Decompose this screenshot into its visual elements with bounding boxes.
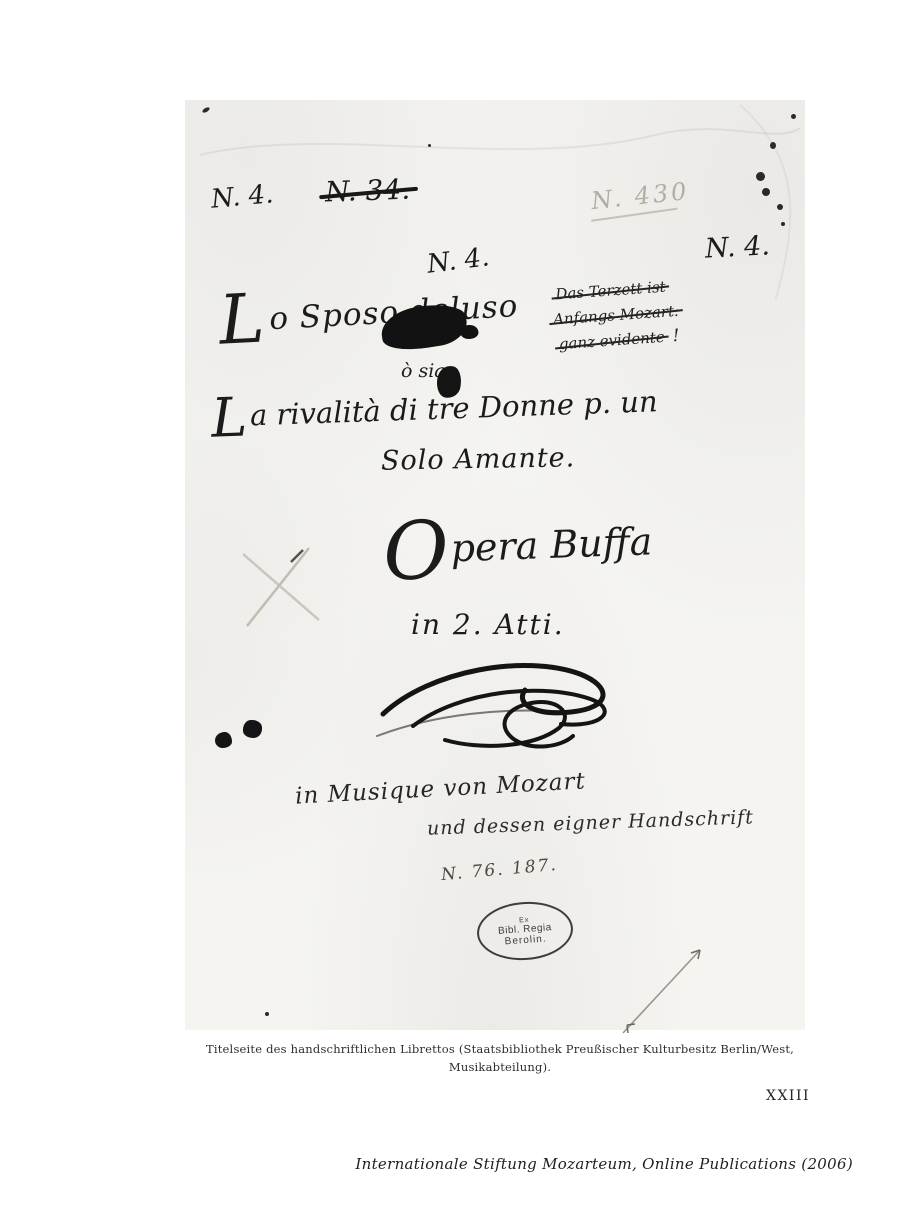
subtitle-line1: La rivalità di tre Donne p. un <box>211 384 659 434</box>
figure-caption-line1: Titelseite des handschriftlichen Librett… <box>170 1040 830 1058</box>
annotation-exclamation: ! <box>672 326 680 346</box>
scanned-manuscript-page: N. 4. N. 34. N. 430 N. 4. N. 4. Das Terz… <box>185 100 805 1030</box>
library-stamp: Ex Bibl. Regia Berolin. <box>475 899 575 964</box>
attribution-line2: und dessen eigner Handschrift <box>427 806 755 839</box>
genre-line1: Opera Buffa <box>382 519 653 572</box>
subtitle-line2: Solo Amante. <box>381 442 576 476</box>
figure-caption-line2: Musikabteilung). <box>170 1058 830 1076</box>
figure-caption: Titelseite des handschriftlichen Librett… <box>170 1040 830 1077</box>
catalog-number-top-left: N. 4. <box>210 179 275 214</box>
genre-text: pera Buffa <box>450 519 653 570</box>
catalog-number-top-right: N. 4. <box>704 230 770 264</box>
genre-initial: O <box>382 503 451 598</box>
attribution-line1: in Musique von Mozart <box>295 768 587 809</box>
ink-speck <box>770 142 776 149</box>
catalog-number-crossed-out: N. 34. <box>324 173 410 209</box>
stamp-line3: Berolin. <box>504 933 547 947</box>
calligraphic-flourish <box>375 652 625 752</box>
shelfmark-number: N. 76. 187. <box>440 855 558 885</box>
ink-speck <box>777 204 783 210</box>
ink-speck <box>428 144 431 147</box>
ink-speck <box>791 114 796 119</box>
paper-crease-top <box>185 100 805 300</box>
title-initial: L <box>217 279 267 360</box>
page-number: XXIII <box>766 1088 810 1104</box>
paper-crease-bottom-right <box>605 945 715 1040</box>
ink-speck <box>781 222 785 226</box>
ink-speck <box>265 1012 269 1016</box>
genre-line2: in 2. Atti. <box>411 608 565 641</box>
subtitle-text: a rivalità di tre Donne p. un <box>249 384 658 432</box>
footer-publication-line: Internationale Stiftung Mozarteum, Onlin… <box>355 1155 853 1173</box>
ink-dot <box>215 732 232 748</box>
crossed-out-annotation: Das Terzett ist Anfangs Mozart: ganz evi… <box>555 274 682 357</box>
subtitle-initial: L <box>210 386 248 450</box>
ink-speck <box>756 172 765 181</box>
pencil-x-mark <box>231 540 331 632</box>
ink-speck <box>762 188 770 196</box>
ink-dot <box>243 720 262 738</box>
